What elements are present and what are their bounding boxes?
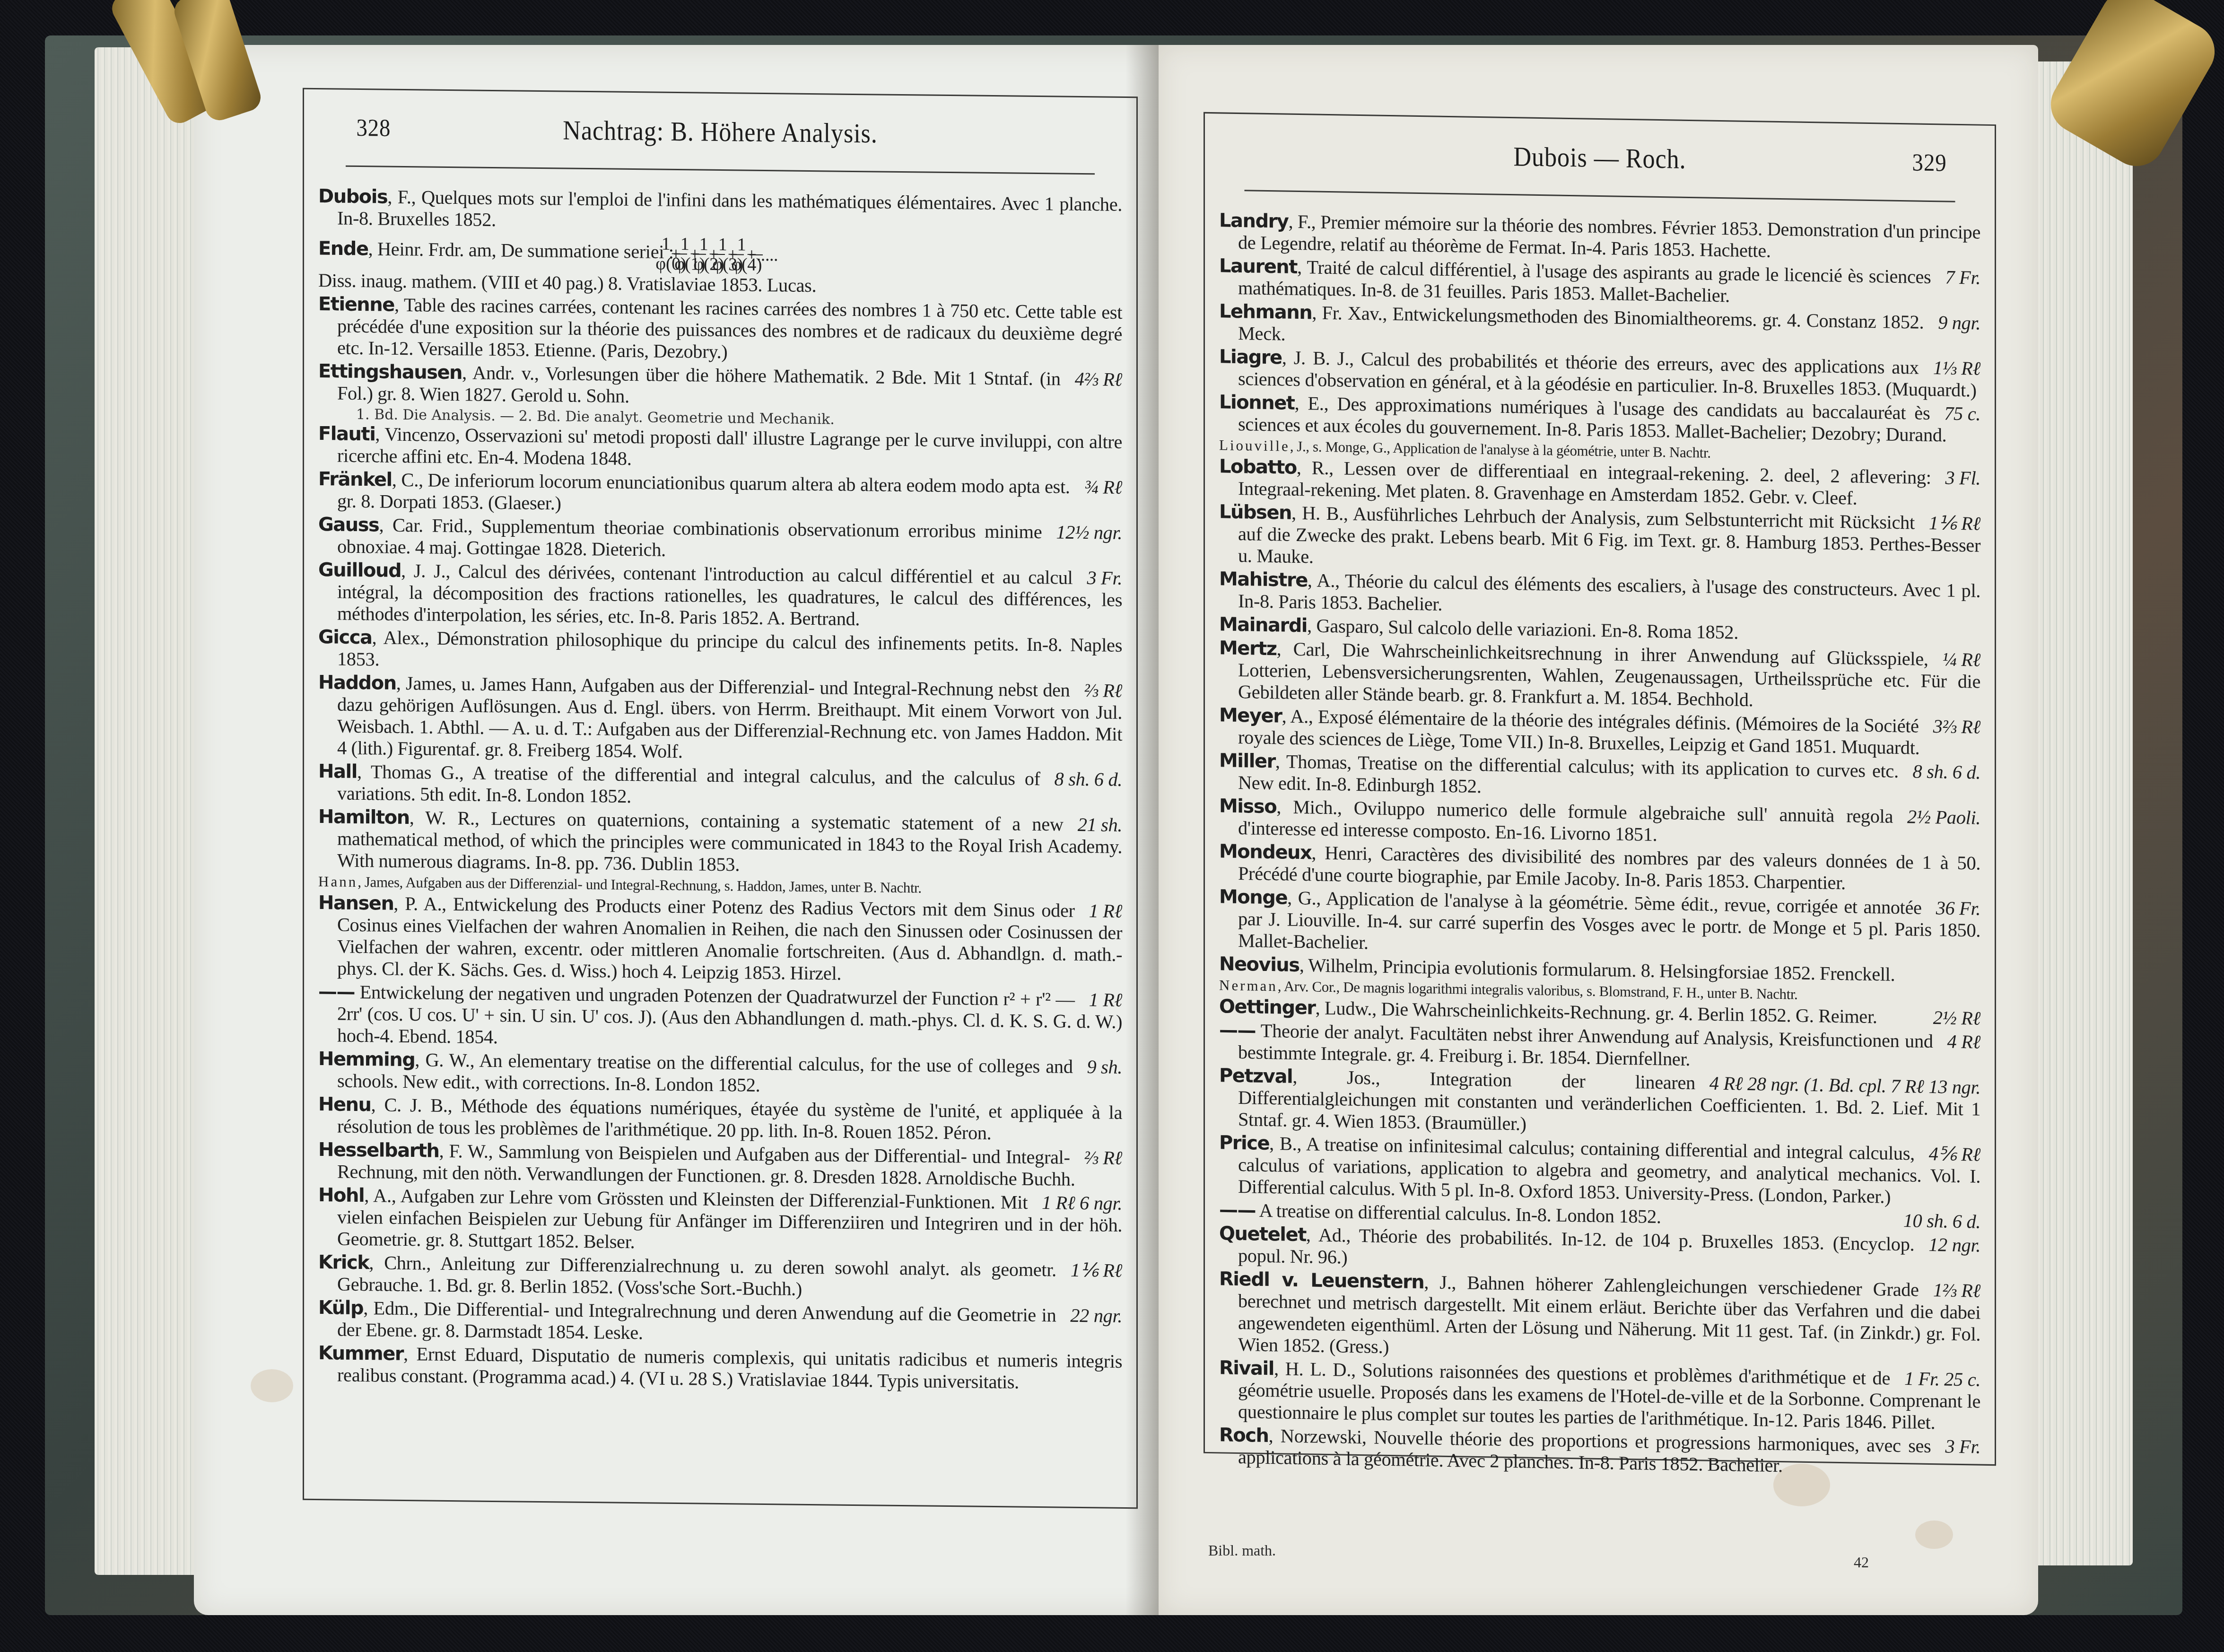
entry-author: —— [1219, 1199, 1256, 1221]
entry-author: Gauss [318, 514, 379, 536]
entry-author: Meyer [1219, 704, 1282, 727]
bibliography-entry: 1 Rℓ—— Entwickelung der negativen und un… [318, 981, 1122, 1055]
entry-text: , H. B., Ausführliches Lehrbuch der Anal… [1238, 502, 1980, 568]
bibliography-entry: 1 RℓHansen, P. A., Entwickelung des Prod… [318, 892, 1122, 988]
bibliography-entry: 1 Rℓ 6 ngr.Hohl, A., Aufgaben zur Lehre … [318, 1184, 1122, 1258]
entry-author: Guilloud [318, 559, 401, 582]
entry-author: Mertz [1219, 637, 1277, 660]
entry-text: , G. W., An elementary treatise on the d… [337, 1049, 1073, 1096]
bibliography-entry: 22 ngr.Külp, Edm., Die Differential- und… [318, 1297, 1122, 1349]
entry-price: 1 Rℓ 6 ngr. [1042, 1192, 1122, 1215]
entry-text: , Car. Frid., Supplementum theoriae comb… [337, 514, 1042, 560]
entry-author: Hohl [318, 1184, 364, 1206]
entry-author: Landry [1219, 210, 1288, 232]
entry-price: 4 Rℓ [1947, 1031, 1980, 1053]
entry-author: Petzval [1219, 1065, 1292, 1087]
bibliography-entry: 1 Fr. 25 c.Rivail, H. L. D., Solutions r… [1219, 1357, 1980, 1434]
entry-author: Mahistre [1219, 568, 1308, 591]
entry-author: Ettingshausen [318, 360, 462, 384]
right-entries: Landry, F., Premier mémoire sur la théor… [1205, 191, 1995, 1480]
entry-text: , James, Aufgaben aus der Differenzial- … [358, 874, 922, 896]
bibliography-entry: ⅔ RℓHesselbarth, F. W., Sammlung von Bei… [318, 1139, 1122, 1191]
entry-author: —— [318, 981, 355, 1003]
entry-author: Gicca [318, 626, 372, 648]
entry-author: Kummer [318, 1342, 403, 1365]
left-page: 328 Nachtrag: B. Höhere Analysis. Dubois… [194, 45, 1163, 1615]
page-number-right: 329 [1912, 149, 1947, 177]
entry-text: , A., Aufgaben zur Lehre vom Grössten un… [337, 1185, 1122, 1252]
entry-price: 10 sh. 6 d. [1903, 1210, 1980, 1233]
entry-text: , Thomas, Treatise on the differential c… [1238, 751, 1899, 797]
entry-price: ¾ Rℓ [1084, 476, 1122, 498]
bibliography-entry: Henu, C. J. B., Méthode des équations nu… [318, 1093, 1122, 1145]
entry-author: Lobatto [1219, 455, 1297, 479]
entry-text: , Ernst Eduard, Disputatio de numeris co… [337, 1343, 1122, 1393]
entry-author: Lionnet [1219, 391, 1294, 414]
entry-price: 22 ngr. [1070, 1305, 1122, 1327]
entry-author: Roch [1219, 1424, 1268, 1447]
entry-price: 8 sh. 6 d. [1055, 768, 1122, 791]
entry-author: Dubois [318, 185, 387, 208]
entry-price: 36 Fr. [1936, 897, 1980, 919]
entry-text: , Henri, Caractères des divisibilité des… [1238, 842, 1980, 893]
entry-author: Mainardi [1219, 613, 1307, 637]
entry-price: 1⅙ Rℓ [1071, 1259, 1122, 1282]
entry-text: , Alex., Démonstration philosophique du … [337, 627, 1122, 670]
entry-text: , Vincenzo, Osservazioni su' metodi prop… [337, 423, 1122, 469]
entry-price: 1⅔ Rℓ [1933, 1279, 1980, 1302]
entry-price: 8 sh. 6 d. [1913, 760, 1980, 783]
entry-author: Hamilton [318, 806, 410, 829]
bibliography-entry: Gicca, Alex., Démonstration philosophiqu… [318, 626, 1122, 678]
bibliography-entry: 3 Fr.Guilloud, J. J., Calcul des dérivée… [318, 559, 1122, 633]
left-running-head: 328 Nachtrag: B. Höhere Analysis. [346, 90, 1095, 175]
entry-author: Krick [318, 1251, 369, 1274]
bibliography-entry: 1⅙ RℓKrick, Chrn., Anleitung zur Differe… [318, 1251, 1122, 1303]
bibliography-entry: 9 sh.Hemming, G. W., An elementary treat… [318, 1048, 1122, 1100]
entry-author: Miller [1219, 750, 1275, 772]
entry-price: 1 Fr. 25 c. [1904, 1368, 1980, 1391]
entry-text: , F., Premier mémoire sur la théorie des… [1238, 211, 1980, 262]
entry-text: , J. J., Calcul des dérivées, contenant … [337, 560, 1122, 629]
entry-author: Külp [318, 1297, 363, 1319]
bibliography-entry: Ende, Heinr. Frdr. am, De summatione ser… [318, 231, 1122, 300]
entry-price: 2½ Paoli. [1907, 806, 1980, 829]
entry-price: 3 Fr. [1945, 1435, 1980, 1458]
entry-author: Nerman [1219, 977, 1278, 994]
entry-author: Lübsen [1219, 501, 1291, 524]
entry-text: , Norzewski, Nouvelle théorie des propor… [1238, 1425, 1931, 1476]
entry-price: 1 Rℓ [1089, 900, 1122, 922]
entry-author: Haddon [318, 672, 396, 694]
entry-price: 2½ Rℓ [1933, 1007, 1980, 1030]
entry-price: 4⅔ Rℓ [1075, 368, 1122, 391]
entry-author: Henu [318, 1093, 371, 1116]
entry-price: 1⅙ Rℓ [1929, 512, 1980, 535]
bibliography-entry: 1⅔ RℓRiedl v. Leuenstern, J., Bahnen höh… [1219, 1268, 1980, 1367]
entry-text: , Ad., Théorie des probabilités. In-12. … [1238, 1224, 1914, 1267]
entry-author: Laurent [1219, 255, 1297, 278]
entry-text: , C. J. B., Méthode des équations numéri… [337, 1094, 1122, 1144]
entry-price: 9 sh. [1087, 1056, 1122, 1078]
entry-text: , Chrn., Anleitung zur Differenzialrechn… [337, 1252, 1056, 1300]
right-running-head: Dubois — Roch. 329 [1245, 114, 1955, 202]
entry-author: Monge [1219, 886, 1287, 909]
entry-text: , F., Quelques mots sur l'emploi de l'in… [337, 186, 1122, 230]
entry-author: Quetelet [1219, 1223, 1306, 1246]
entry-text: , Edm., Die Differential- und Integralre… [337, 1297, 1056, 1343]
entry-author: Neovius [1219, 953, 1300, 976]
bibliography-entry: Dubois, F., Quelques mots sur l'emploi d… [318, 185, 1122, 237]
bibliography-entry: 4 Rℓ 28 ngr. (1. Bd. cpl. 7 Rℓ 13 ngr.Pe… [1219, 1065, 1980, 1142]
entry-text: , Thomas G., A treatise of the different… [337, 761, 1040, 807]
entry-text: , C., De inferiorum locorum enunciationi… [337, 469, 1070, 514]
entry-text: , E., Des approximations numériques à l'… [1238, 393, 1946, 446]
entry-text: Theorie der analyt. Facultäten nebst ihr… [1238, 1020, 1933, 1070]
entry-price: 12½ ngr. [1056, 521, 1122, 543]
entry-author: Price [1219, 1132, 1269, 1154]
entry-author: Mondeux [1219, 840, 1311, 864]
entry-text: , R., Lessen over de differentiaal en in… [1238, 457, 1931, 509]
entry-text: , Fr. Xav., Entwickelungsmethoden des Bi… [1238, 302, 1924, 344]
entry-text: , Gasparo, Sul calcolo delle variazioni.… [1307, 615, 1738, 643]
entry-text: , Traité de calcul différentiel, à l'usa… [1238, 256, 1931, 306]
bibliography-entry: ¼ RℓMertz, Carl, Die Wahrscheinlichkeits… [1219, 637, 1980, 714]
bibliography-entry: 4⅚ RℓPrice, B., A treatise on infinitesi… [1219, 1132, 1980, 1209]
entry-text: , G., Application de l'analyse à la géom… [1238, 887, 1980, 953]
footer-sheet-number: 42 [1854, 1554, 1869, 1571]
entry-author: Hann [318, 873, 358, 890]
entry-price: 3 Fr. [1087, 567, 1122, 589]
entry-price: 12 ngr. [1928, 1234, 1980, 1257]
bibliography-entry: Flauti, Vincenzo, Osservazioni su' metod… [318, 423, 1122, 475]
entry-price: 7 Fr. [1945, 266, 1980, 288]
entry-text: , Carl, Die Wahrscheinlichkeitsrechnung … [1238, 638, 1980, 710]
entry-price: 1⅓ Rℓ [1933, 357, 1980, 380]
entry-price: 3⅔ Rℓ [1933, 716, 1980, 738]
entry-author: Hemming [318, 1048, 415, 1071]
entry-author: Misso [1219, 795, 1276, 818]
entry-price: 75 c. [1944, 402, 1980, 425]
foxing-stain [1915, 1521, 1953, 1549]
entry-author: Hansen [318, 892, 393, 915]
entry-author: Rivail [1219, 1357, 1274, 1380]
bibliography-entry: 1⅙ RℓLübsen, H. B., Ausführliches Lehrbu… [1219, 501, 1980, 578]
entry-price: 4⅚ Rℓ [1929, 1143, 1980, 1166]
entry-author: Hall [318, 760, 357, 783]
entry-text: , F. W., Sammlung von Beispielen und Auf… [337, 1140, 1075, 1190]
entry-author: —— [1219, 1019, 1256, 1041]
entry-price: ¼ Rℓ [1942, 648, 1980, 671]
entry-author: Oettinger [1219, 996, 1316, 1019]
foxing-stain [251, 1369, 293, 1402]
bibliography-entry: ⅔ RℓHaddon, James, u. James Hann, Aufgab… [318, 672, 1122, 767]
entry-text: , James, u. James Hann, Aufgaben aus der… [337, 673, 1122, 762]
entry-author: Liagre [1219, 346, 1282, 368]
entry-author: Lehmann [1219, 300, 1312, 323]
entry-text: , Heinr. Frdr. am, De summatione seriei … [368, 238, 674, 263]
footer-signature: Bibl. math. [1208, 1542, 1276, 1559]
entry-price: ⅔ Rℓ [1084, 1147, 1122, 1169]
right-page-frame: Dubois — Roch. 329 Landry, F., Premier m… [1204, 112, 1996, 1466]
entry-text: , A., Exposé élémentaire de la théorie d… [1238, 705, 1919, 758]
bibliography-entry: Kummer, Ernst Eduard, Disputatio de nume… [318, 1342, 1122, 1394]
entry-price: 9 ngr. [1938, 312, 1980, 334]
entry-text: Entwickelung der negativen und ungraden … [337, 981, 1122, 1048]
bibliography-entry: 21 sh.Hamilton, W. R., Lectures on quate… [318, 806, 1122, 880]
left-entries: Dubois, F., Quelques mots sur l'emploi d… [304, 166, 1136, 1394]
bibliography-entry: 4⅔ RℓEttingshausen, Andr. v., Vorlesunge… [318, 360, 1122, 412]
entry-text: , W. R., Lectures on quaternions, contai… [337, 807, 1122, 875]
entry-price: 1 Rℓ [1089, 989, 1122, 1011]
bibliography-entry: ¾ RℓFränkel, C., De inferiorum locorum e… [318, 468, 1122, 520]
entry-author: Hesselbarth [318, 1139, 439, 1162]
entry-author: Liouville [1219, 437, 1290, 454]
running-head-title: Nachtrag: B. Höhere Analysis. [563, 114, 877, 149]
right-page: Dubois — Roch. 329 Landry, F., Premier m… [1159, 45, 2038, 1615]
entry-price: 3 Fl. [1945, 467, 1981, 489]
entry-text: , Table des racines carrées, contenant l… [337, 294, 1122, 362]
entry-author: Etienne [318, 293, 394, 316]
left-page-frame: 328 Nachtrag: B. Höhere Analysis. Dubois… [303, 88, 1138, 1509]
entry-price: 21 sh. [1078, 814, 1122, 836]
entry-author: Ende [318, 237, 368, 260]
entry-author: Flauti [318, 423, 375, 445]
bibliography-entry: 36 Fr.Monge, G., Application de l'analys… [1219, 886, 1980, 963]
entry-text: , P. A., Entwickelung des Products einer… [337, 893, 1122, 984]
entry-author: Fränkel [318, 468, 392, 491]
foxing-stain [1773, 1464, 1830, 1506]
entry-text: , H. L. D., Solutions raisonnées des que… [1238, 1358, 1980, 1433]
entry-text: A treatise on differential calculus. In-… [1256, 1200, 1661, 1227]
bibliography-entry: 8 sh. 6 d.Hall, Thomas G., A treatise of… [318, 760, 1122, 813]
entry-text: , B., A treatise on infinitesimal calcul… [1238, 1133, 1980, 1207]
entry-text: , Mich., Oviluppo numerico delle formule… [1238, 796, 1893, 845]
entry-author: Riedl v. Leuenstern [1219, 1268, 1424, 1293]
bibliography-entry: 3 Fr.Roch, Norzewski, Nouvelle théorie d… [1219, 1424, 1980, 1479]
bibliography-entry: 12½ ngr.Gauss, Car. Frid., Supplementum … [318, 514, 1122, 566]
running-head-title: Dubois — Roch. [1514, 140, 1686, 175]
entry-text: , J. B. J., Calcul des probabilités et t… [1238, 347, 1977, 401]
entry-price: ⅔ Rℓ [1084, 680, 1122, 702]
page-edges-right [2033, 61, 2133, 1565]
series-formula: 1φ(0) + 1φ(1) + 1φ(2) + 1φ(3) + 1φ(4)+..… [674, 235, 778, 274]
page-number-left: 328 [357, 114, 391, 142]
bibliography-entry: Etienne, Table des racines carrées, cont… [318, 293, 1122, 367]
